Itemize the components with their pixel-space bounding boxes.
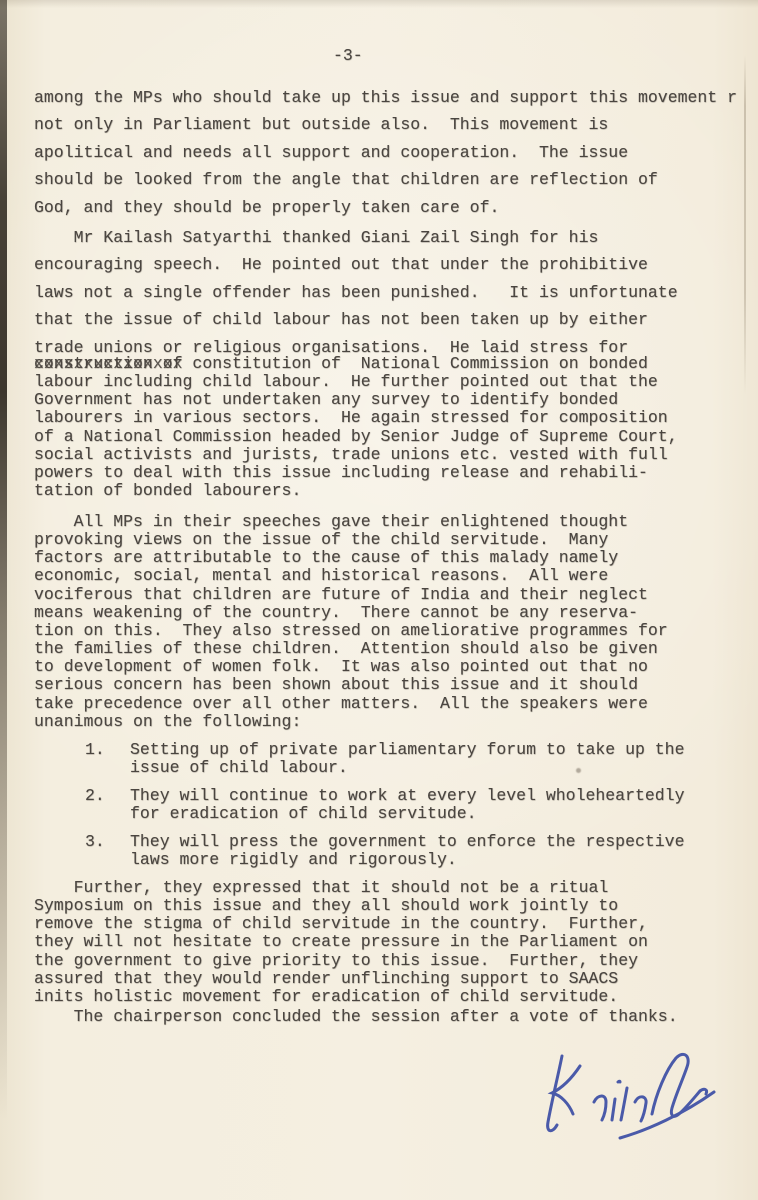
text-line-remainder: constitution of National Commission on b… <box>183 354 648 373</box>
text-line: All MPs in their speeches gave their enl… <box>34 513 754 531</box>
text-line: Setting up of private parliamentary foru… <box>130 741 738 759</box>
text-line: apolitical and needs all support and coo… <box>34 139 754 166</box>
list-item: 1. Setting up of private parliamentary f… <box>85 741 738 777</box>
text-line: the families of these children. Attentio… <box>34 640 754 658</box>
paragraph-2-wide-spaced: Mr Kailash Satyarthi thanked Giani Zail … <box>34 224 754 361</box>
paragraph-5-closing: The chairperson concluded the session af… <box>34 1008 754 1026</box>
text-line: the government to give priority to this … <box>34 952 754 970</box>
text-line: for eradication of child servitude. <box>130 805 738 823</box>
text-line: remove the stigma of child servitude in … <box>34 915 754 933</box>
list-item-text: They will press the government to enforc… <box>130 833 738 869</box>
text-line: not only in Parliament but outside also.… <box>34 111 754 138</box>
text-line: labourers in various sectors. He again s… <box>34 409 754 427</box>
text-line: laws more rigidly and rigorously. <box>130 851 738 869</box>
text-line: assured that they would render unflinchi… <box>34 970 754 988</box>
list-item-text: They will continue to work at every leve… <box>130 787 738 823</box>
page-left-edge-shadow <box>0 0 7 1120</box>
handwritten-signature-kailash <box>528 1042 738 1150</box>
text-line: Mr Kailash Satyarthi thanked Giani Zail … <box>34 224 754 251</box>
text-line: inits holistic movement for eradication … <box>34 988 754 1006</box>
text-line: labour including child labour. He furthe… <box>34 373 754 391</box>
text-line: God, and they should be properly taken c… <box>34 194 754 221</box>
list-item-number: 2. <box>85 787 130 823</box>
text-line: should be looked from the angle that chi… <box>34 166 754 193</box>
text-line: they will not hesitate to create pressur… <box>34 933 754 951</box>
text-line: encouraging speech. He pointed out that … <box>34 251 754 278</box>
list-item-number: 1. <box>85 741 130 777</box>
text-line: means weakening of the country. There ca… <box>34 604 754 622</box>
text-line: They will continue to work at every leve… <box>130 787 738 805</box>
text-line: Further, they expressed that it should n… <box>34 879 754 897</box>
text-line: serious concern has been shown about thi… <box>34 676 754 694</box>
text-line: unanimous on the following: <box>34 713 754 731</box>
text-line: powers to deal with this issue including… <box>34 464 754 482</box>
text-line: tation of bonded labourers. <box>34 482 754 500</box>
text-line: among the MPs who should take up this is… <box>34 84 754 111</box>
struck-out-word: construction ofxxxxxxxxxxxxxxx <box>34 355 183 373</box>
list-item: 3. They will press the government to enf… <box>85 833 738 869</box>
text-line-with-strikeout: construction ofxxxxxxxxxxxxxxx constitut… <box>34 355 754 373</box>
paragraph-2-continuation: labour including child labour. He furthe… <box>34 373 754 500</box>
text-line: Symposium on this issue and they all sho… <box>34 897 754 915</box>
paragraph-2-single-spaced: construction ofxxxxxxxxxxxxxxx constitut… <box>34 355 754 500</box>
ink-speck <box>576 768 581 773</box>
text-line: tion on this. They also stressed on amel… <box>34 622 754 640</box>
text-line: that the issue of child labour has not b… <box>34 306 754 333</box>
text-line: of a National Commission headed by Senio… <box>34 428 754 446</box>
text-line: economic, social, mental and historical … <box>34 567 754 585</box>
text-line: social activists and jurists, trade unio… <box>34 446 754 464</box>
list-item-text: Setting up of private parliamentary foru… <box>130 741 738 777</box>
text-line: vociferous that children are future of I… <box>34 586 754 604</box>
list-item: 2. They will continue to work at every l… <box>85 787 738 823</box>
numbered-list: 1. Setting up of private parliamentary f… <box>85 741 738 878</box>
scanned-document-page: -3- among the MPs who should take up thi… <box>0 0 758 1200</box>
text-line: to development of women folk. It was als… <box>34 658 754 676</box>
text-line: take precedence over all other matters. … <box>34 695 754 713</box>
text-line: laws not a single offender has been puni… <box>34 279 754 306</box>
paragraph-4: Further, they expressed that it should n… <box>34 879 754 1006</box>
text-line: They will press the government to enforc… <box>130 833 738 851</box>
text-line: issue of child labour. <box>130 759 738 777</box>
list-item-number: 3. <box>85 833 130 869</box>
paragraph-1: among the MPs who should take up this is… <box>34 84 754 221</box>
text-line: factors are attributable to the cause of… <box>34 549 754 567</box>
text-line: The chairperson concluded the session af… <box>34 1008 754 1026</box>
page-number: -3- <box>333 46 363 65</box>
paragraph-3: All MPs in their speeches gave their enl… <box>34 513 754 731</box>
text-line: provoking views on the issue of the chil… <box>34 531 754 549</box>
page-top-shadow <box>0 0 758 8</box>
strikeout-overlay: xxxxxxxxxxxxxxx <box>34 355 183 373</box>
text-line: Government has not undertaken any survey… <box>34 391 754 409</box>
